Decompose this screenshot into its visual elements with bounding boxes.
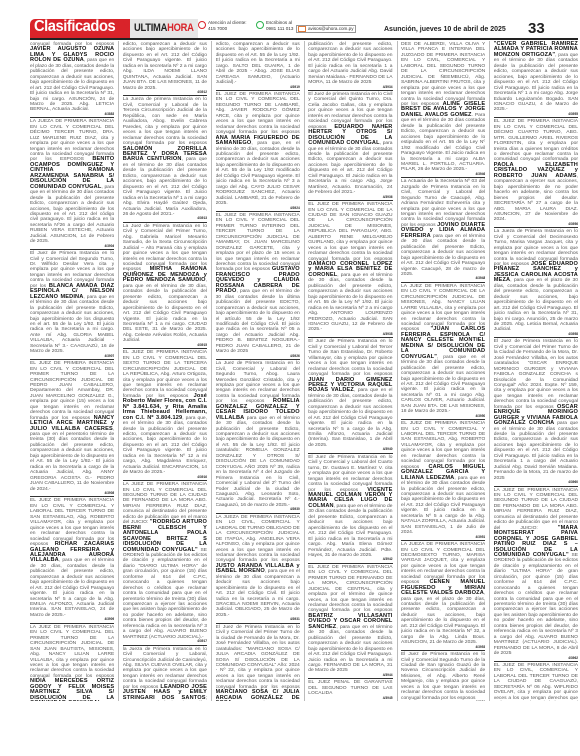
whatsapp-number[interactable]: 0981 111 013 — [266, 26, 293, 32]
notice-text: EL JUEZ PENAL DE GARANTIAS DEL SEGUNDO T… — [308, 680, 392, 696]
legal-notice: El Juez de Primera Instancia en lo Civil… — [308, 453, 392, 562]
notice-text-continued: , para que en el término de 30 días cont… — [401, 355, 485, 415]
notice-code: 4/3938 — [308, 333, 392, 336]
notice-text: LA JUEZ DE PRIMERA INSTANCIA EN LO CIVIL… — [30, 625, 114, 679]
legal-notice: LA JUEZ DE PRIMERA INSTANCIA EN LO CIVIL… — [494, 486, 578, 660]
notice-text-continued: , para que en el plazo de 30 días, conta… — [494, 278, 578, 332]
email-address[interactable]: avisos@uhora.com.py — [308, 26, 354, 32]
notice-text: La Juez de Primera Instancia en lo Civil… — [123, 224, 207, 273]
notice-text: EL JUEZ DE PRIMERA INSTANCIA EN LO CIVIL… — [123, 350, 207, 399]
whatsapp-contact: Escribinos al 0981 111 013 — [256, 20, 293, 31]
publication-date: Asunción, jueves 10 de abril de 2025 — [384, 26, 506, 33]
phone-icon — [198, 21, 206, 29]
notice-text-continued: , para que, en el término de 30 días, co… — [216, 141, 300, 206]
notice-text-continued: , para que en el término de 30 días, con… — [308, 625, 392, 674]
notice-code: 4/3930 — [216, 508, 300, 511]
column-divider — [489, 41, 490, 701]
notice-text: EL JUEZ DE PRIMERA INSTANCIA EN LO CIVIL… — [216, 213, 300, 273]
notice-code: 4/3931 — [216, 618, 300, 621]
notice-column-3: edicto, comparezcan a deducir sus accion… — [216, 41, 300, 701]
notice-code: 4/3912 — [123, 91, 207, 94]
notice-text: edicto, comparezcan a deducir sus accion… — [216, 42, 300, 85]
notice-text-continued: , para que en el término de 30 días cont… — [123, 157, 207, 217]
notice-code: 4/3962 — [494, 657, 578, 660]
notice-text-continued: SE ORDENÓ la publicación de los edictos … — [494, 553, 578, 656]
legal-notice: EL JUEZ DE PRIMERA INSTANCIA EN LO CIVIL… — [494, 117, 578, 226]
column-divider — [304, 41, 305, 701]
notice-text-continued: , para que en el término de 30 días, con… — [308, 273, 392, 333]
notice-text: publicación del presente edicto, compare… — [308, 42, 392, 85]
legal-notice: EL JUEZ DE PRIMERA INSTANCIA EN LO CIVIL… — [308, 563, 392, 677]
legal-notice: EL JUEZ DE PRIMERA INSTANCIA EN LO CIVIL… — [30, 496, 114, 621]
notice-code: 4/3942 — [308, 558, 392, 561]
notice-text: edicto, comparezcan a deducir sus accion… — [123, 42, 207, 91]
envelope-icon — [298, 26, 306, 32]
notice-text: La Jueza de primera Instancia en lo Civi… — [123, 97, 207, 146]
notice-column-5: DES DE ALBERDI, VILLA OLIVA Y VILLA FRAN… — [401, 41, 485, 701]
legal-notice: EL JUEZ DE PRIMERA INSTANCIA EN LO CIVIL… — [123, 348, 207, 479]
column-divider — [397, 41, 398, 701]
notice-party-names: PAOLA ELIZABETH CRISTALDO VAZQUEZ y ROBE… — [494, 162, 578, 179]
notice-code: 4/3950 — [401, 415, 485, 418]
notice-code: 4/3948 — [401, 277, 485, 280]
notice-code: 4/3940 — [308, 448, 392, 451]
notice-column-6: "CEVER GABRIEL RAMIREZ ALMADA Y PATRICIA… — [494, 41, 578, 701]
notice-code: 4/3907 — [30, 355, 114, 358]
notice-text: EL JUEZ DE PRIMERA INSTANCIA EN LO CIVIL… — [30, 361, 114, 421]
notice-code: 4/3958 — [494, 333, 578, 336]
notice-text-continued: , para que en el término de 30 días cont… — [401, 476, 485, 536]
column-divider — [118, 41, 119, 701]
notice-text-continued: SE ORDENÓ la publicación de los edictos … — [123, 548, 207, 640]
legal-notice: EL JUEZ DE PRIMERA INSTANCIA EN LO CIVIL… — [216, 211, 300, 358]
notice-code: 4/3916 — [123, 476, 207, 479]
notice-party-names: MARCIANO SOSA C/ JULIA ARCADIA GONZÁLEZ … — [216, 689, 300, 701]
notice-code: 4/3908 — [30, 492, 114, 495]
email-contact: avisos@uhora.com.py — [296, 25, 356, 33]
logo-ultima: ULTIMA — [134, 22, 167, 34]
notice-text-continued: , para que en el término de 30 días cont… — [308, 141, 392, 195]
page-header: Clasificados ULTIMAHORA Atención al clie… — [0, 18, 580, 38]
notice-code: 4/3915 — [123, 344, 207, 347]
notice-text: LA JUEZA DE PRIMERA INSTANCIA EN LO CIVI… — [216, 515, 300, 564]
notice-code: 4/3946 — [401, 173, 485, 176]
header-rule — [30, 38, 578, 40]
notice-text: LA JUEZ DE PRIMERA INSTANCIA EN LO CIVIL… — [401, 284, 485, 333]
notice-column-4: publicación del presente edicto, compare… — [308, 41, 392, 701]
legal-notice: La Jueza de Primera Instancia en lo Civi… — [494, 227, 578, 336]
legal-notice: El Juez de Primera Instancia en lo Civil… — [308, 337, 392, 451]
notice-code: 4/3955 — [494, 113, 578, 116]
notice-code: 4/3934 — [308, 86, 392, 89]
notice-text-continued: para que en el término de 30 días, conta… — [216, 416, 300, 508]
notice-text: EL JUEZ DE PRIMERA INSTANCIA EN LO CIVIL… — [216, 92, 300, 135]
notice-code: 4/3936 — [308, 196, 392, 199]
notice-text: DES DE ALBERDI, VILLA OLIVA Y VILLA FRAN… — [401, 42, 485, 107]
notice-code: 4/3919 — [216, 86, 300, 89]
notice-text-continued: , comparezcan a ejercer sus acciones, ba… — [494, 174, 578, 223]
notice-text: El Juez de Primera Instancia en lo Civil… — [494, 339, 578, 409]
notice-column-2: edicto, comparezcan a deducir sus accion… — [123, 41, 207, 701]
notice-code: 4/3953 — [401, 646, 485, 649]
notice-text-continued: , para que en el término de 30 días, con… — [308, 388, 392, 448]
logo-hora: HORA — [167, 22, 194, 34]
phone-number[interactable]: 415 7000 — [208, 26, 247, 32]
legal-notice: LA JUEZ DE PRIMERA INSTANCIA EN LO CIVIL… — [123, 480, 207, 644]
legal-notice: publicación del presente edicto, compare… — [308, 41, 392, 89]
whatsapp-icon — [256, 21, 264, 29]
legal-notice: La Actuaria de la Secretaría Nº 03 del J… — [401, 177, 485, 281]
page-number: 33 — [528, 20, 545, 37]
legal-notice: LA JUEZA DE PRIMERA INSTANCIA EN LO CIVI… — [401, 540, 485, 649]
legal-notice: LA JUEZ DE PRIMERA INSTANCIA EN LO CIVIL… — [401, 282, 485, 418]
notice-code: 4/3913 — [123, 217, 207, 220]
section-title: Clasificados — [34, 18, 115, 36]
notice-text-continued: , para que en el término de 30 días, con… — [30, 558, 114, 618]
notice-text: EL JUEZ DE PRIMERA INSTANCIA EN LO CIVIL… — [30, 498, 114, 547]
notice-text: EL JUEZ DE PRIMERA INSTANCIA EN LO CIVIL… — [494, 663, 578, 701]
legal-notice: El Juez de Primera Instancia en lo Civil… — [30, 249, 114, 358]
notices-columns: conyugal formada por los esposos JAVIER … — [30, 41, 578, 701]
newspaper-logo: ULTIMAHORA — [134, 22, 194, 34]
notice-code: 4/3951 — [401, 536, 485, 539]
notice-text-continued: para que en el término de 30 días contad… — [401, 234, 485, 277]
notice-code: 4/3883 — [30, 113, 114, 116]
notice-code: 4/3960 — [494, 481, 578, 484]
legal-notice: El Juez de Primera Instancia en lo Civil… — [401, 650, 485, 701]
legal-notice: edicto, comparezcan a deducir sus accion… — [216, 41, 300, 89]
notice-party-names: "RODRIGO ARTURO BERNI CLEBSCH Y ANTONELL… — [123, 519, 207, 552]
legal-notice: EL JUEZ PENAL DE GARANTIAS DEL SEGUNDO T… — [308, 678, 392, 700]
legal-notice: la Jueza de Primera Instancia en lo Civi… — [123, 645, 207, 701]
notice-text-continued: , para que en el término de 30 días cont… — [30, 185, 114, 245]
legal-notice: LA JUEZA DE PRIMERA INSTANCIA EN LO CIVI… — [30, 117, 114, 248]
legal-notice: EL JUEZ DE PRIMERA INSTANCIA EN LO CIVIL… — [30, 359, 114, 495]
notice-party-names: NIDIA MERCEDES ORTIZ GODOY Y FELIX MOISE… — [30, 678, 114, 701]
notice-text: El Juez de Primera Instancia en lo Civil… — [401, 652, 485, 701]
legal-notice: DES DE ALBERDI, VILLA OLIVA Y VILLA FRAN… — [401, 41, 485, 176]
notice-code: 4/3909 — [30, 618, 114, 621]
whatsapp-label: Escribinos al — [266, 20, 293, 26]
phone-label: Atención al cliente: — [208, 20, 247, 26]
notice-text-continued: , para que en el término de 30 días cont… — [30, 295, 114, 355]
legal-notice: La Juez de Primera Instancia en lo Civil… — [216, 359, 300, 512]
customer-service-contact: Atención al cliente: 415 7000 — [198, 20, 247, 31]
notice-code: 4/3956 — [494, 223, 578, 226]
legal-notice: LA JUEZ DE PRIMERA INSTANCIA EN LO CIVIL… — [30, 623, 114, 701]
notice-text-continued: , para que en el perentorio término de t… — [30, 427, 114, 492]
notice-code: 4/3926 — [216, 355, 300, 358]
notice-text-continued: , para que, en el término de 30 días, co… — [123, 416, 207, 476]
legal-notice: "CEVER GABRIEL RAMIREZ ALMADA Y PATRICIA… — [494, 41, 578, 116]
legal-notice: conyugal formada por los esposos JAVIER … — [30, 41, 114, 116]
legal-notice: El Juez de Primera Instancia en lo Civil… — [216, 623, 300, 701]
notice-text: El Juez de Primera Instancia en lo Civil… — [308, 339, 392, 377]
notice-text-continued: , para que en el término de 30 días comp… — [216, 569, 300, 618]
notice-text-continued: , para que en el término de 30 días cont… — [308, 504, 392, 558]
legal-notice: La Juez de Primera Instancia en lo Civil… — [123, 222, 207, 347]
notice-column-1: conyugal formada por los esposos JAVIER … — [30, 41, 114, 701]
legal-notice: La Jueza de primera Instancia en lo Civi… — [123, 95, 207, 220]
notice-text: EL JUEZ DE PRIMERA INSTANCIA EN LO CIVIL… — [401, 421, 485, 470]
notice-party-names: "MARA MONTSERRAT PAIVA CORONEL Y JOSE GA… — [494, 525, 578, 558]
notice-text-continued: , para que, en el plazo de 30 días, cont… — [401, 591, 485, 645]
notice-text: EL JUEZ DE PRIMERA INSTANCIA EN LO CIVIL… — [494, 119, 578, 162]
legal-notice: EL JUEZ DE PRIMERA INSTANCIA EN LO CIVIL… — [216, 90, 300, 210]
notice-text-continued: para que en el término de 30 días contad… — [494, 421, 578, 481]
notice-text: La Actuaria de la Secretaría Nº 03 del J… — [401, 179, 485, 228]
notice-text-continued: , para que en el término de 30 días cont… — [494, 53, 578, 113]
notice-code: 4/3945 — [308, 697, 392, 700]
notice-text-continued: , para que en el plazo de 30 días, conta… — [30, 58, 114, 112]
legal-notice: edicto, comparezcan a deducir sus accion… — [123, 41, 207, 94]
notice-code: 4/3904 — [30, 245, 114, 248]
notice-code: 4/3924 — [216, 207, 300, 210]
notice-text-continued: . Para que en el término de 30 días cont… — [401, 113, 485, 173]
notice-text: El Juez de Primera Instancia en lo Civil… — [216, 625, 300, 690]
notice-text: EL JUEZ DE PRIMERA INSTANCIA EN LO CIVIL… — [308, 565, 392, 614]
legal-notice: EL JUEZ DE PRIMERA INSTANCIA EN LO CIVIL… — [308, 200, 392, 336]
notice-text: EL JUEZ DE PRIMERA INSTANCIA EN LO CIVIL… — [308, 202, 392, 262]
legal-notice: LA JUEZA DE PRIMERA INSTANCIA EN LO CIVI… — [216, 513, 300, 622]
column-divider — [211, 41, 212, 701]
notice-text-continued: , para que en el término de 30 días, con… — [123, 278, 207, 343]
legal-notice: EL JUEZ DE PRIMERA INSTANCIA EN LO CIVIL… — [494, 661, 578, 701]
legal-notice: El Juez de primera Instancia en lo Civil… — [308, 90, 392, 199]
legal-notice: El Juez de Primera Instancia en lo Civil… — [494, 337, 578, 484]
notice-code: 4/3917 — [123, 640, 207, 643]
notice-text-continued: , para que en el término de 30 días cont… — [216, 289, 300, 354]
notice-code: 4/3944 — [308, 674, 392, 677]
legal-notice: EL JUEZ DE PRIMERA INSTANCIA EN LO CIVIL… — [401, 419, 485, 539]
